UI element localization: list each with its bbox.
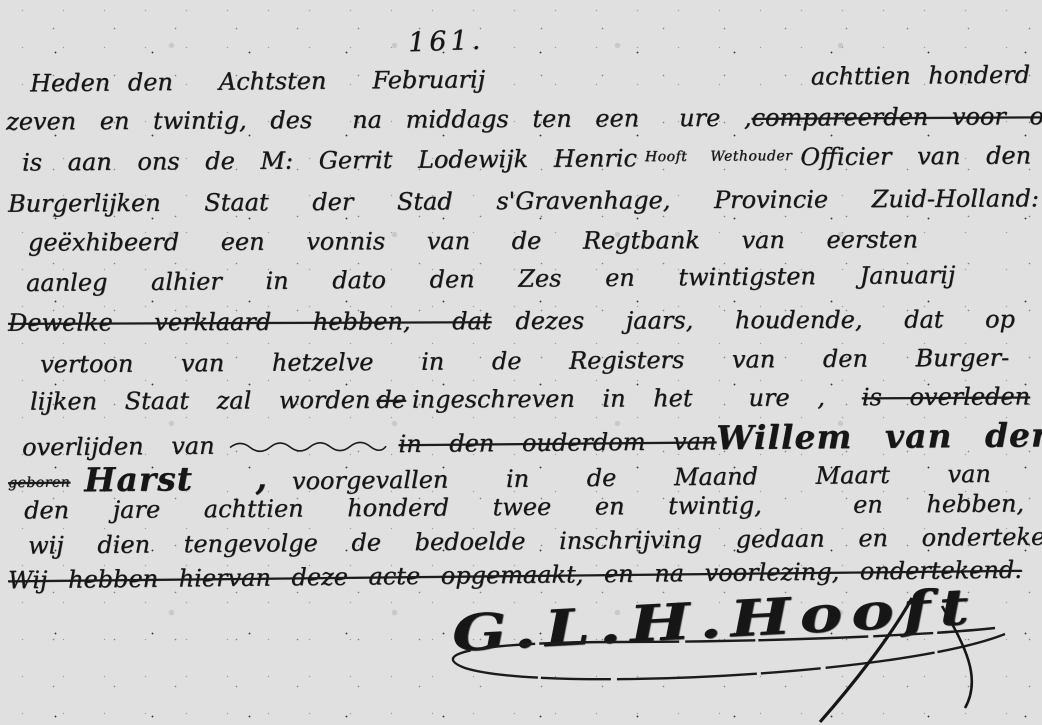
document-line: Heden denAchtstenFebruarijachttien honde…	[30, 62, 1030, 97]
handwritten-text: Willem van der	[716, 417, 1042, 456]
document-line: Dewelke verklaard hebben, datdezes jaars…	[8, 306, 1015, 336]
handwritten-text: Achtsten	[219, 68, 327, 95]
struck-text: is overleden	[862, 383, 1030, 410]
handwritten-text: wij dien tengevolge de bedoelde inschrij…	[28, 523, 1042, 559]
handwritten-text: is aan ons de M: Gerrit Lodewijk Henric	[22, 145, 637, 176]
signature: G.L.H.Hooft	[450, 577, 979, 663]
handwritten-text: Harst ,	[84, 460, 268, 498]
handwritten-text: overlijden van	[22, 433, 215, 461]
handwritten-text: Officier van den	[800, 142, 1031, 170]
handwritten-text: achttien honderd	[811, 62, 1030, 90]
handwritten-text: ingeschreven in het	[412, 385, 693, 413]
handwritten-text: Heden den	[30, 69, 173, 97]
document-page: 161. Heden denAchtstenFebruarijachttien …	[0, 0, 1042, 725]
document-line: is aan ons de M: Gerrit Lodewijk HenricH…	[22, 142, 1031, 175]
handwritten-text: zeven en twintig, des	[6, 107, 312, 135]
document-line: geëxhibeerd een vonnis van de Regtbank v…	[28, 226, 918, 255]
handwritten-text: Hooft Wethouder	[645, 149, 792, 165]
document-line: vertoon van hetzelve in de Registers van…	[40, 345, 1009, 378]
struck-text: Dewelke verklaard hebben, dat	[8, 308, 491, 336]
handwritten-text: den jare achttien honderd twee en twinti…	[24, 492, 762, 524]
handwritten-text: na middags ten een	[352, 105, 639, 133]
document-line: wij dien tengevolge de bedoelde inschrij…	[28, 523, 1042, 559]
blank-flourish	[228, 431, 388, 459]
handwritten-text: Burgerlijken Staat der Stad s'Gravenhage…	[8, 185, 1039, 217]
struck-text: in den ouderdom van	[398, 428, 716, 457]
document-line: Burgerlijken Staat der Stad s'Gravenhage…	[8, 185, 1039, 217]
document-line: zeven en twintig, desna middags ten eenu…	[6, 103, 1020, 135]
handwritten-text: dezes jaars, houdende, dat op	[515, 306, 1015, 334]
document-line: lijken Staat zal wordendeingeschreven in…	[30, 383, 1030, 415]
handwritten-text: en hebben,	[853, 491, 1024, 519]
struck-text: de	[376, 387, 406, 414]
document-line: aanleg alhier in dato den Zes en twintig…	[26, 262, 955, 296]
record-number: 161.	[407, 25, 484, 59]
struck-text: compareerden voor ons	[751, 103, 1042, 131]
handwritten-text: aanleg alhier in dato den Zes en twintig…	[26, 262, 955, 296]
handwritten-text: vertoon van hetzelve in de Registers van…	[40, 345, 1009, 378]
handwritten-text: geëxhibeerd een vonnis van de Regtbank v…	[28, 226, 918, 255]
handwritten-text: lijken Staat zal worden	[30, 387, 370, 415]
document-line: den jare achttien honderd twee en twinti…	[24, 491, 1024, 524]
handwritten-text: Februarij	[372, 66, 485, 93]
struck-text: geboren	[8, 475, 70, 491]
handwritten-text: ure ,	[748, 384, 825, 411]
handwritten-text: ure ,	[679, 105, 752, 132]
